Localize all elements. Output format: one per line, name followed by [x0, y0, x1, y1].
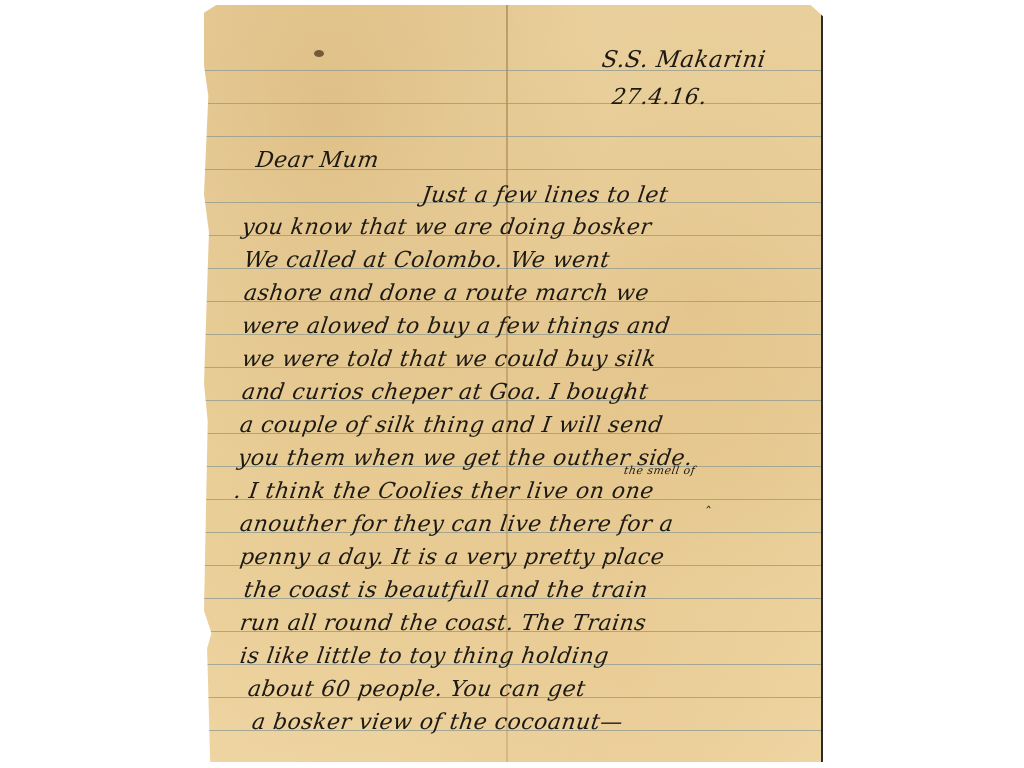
page-background: S.S. Makarini 27.4.16. Dear Mum Just a f… [0, 0, 1024, 768]
letter-line: and curios cheper at Goa. I bought [240, 380, 650, 405]
letter-line: is like little to toy thing holding [238, 644, 610, 669]
letter-date: 27.4.16. [610, 85, 708, 110]
letter-line: We called at Colombo. We went [242, 248, 611, 273]
inserted-text: the smell of [623, 464, 696, 477]
salutation: Dear Mum [254, 148, 380, 173]
letter-line: a couple of silk thing and I will send [238, 413, 664, 438]
letter-line: anouther for they can live there for a [238, 512, 675, 537]
letter-line: a bosker view of the cocoanut— [250, 710, 624, 735]
letter-paper: S.S. Makarini 27.4.16. Dear Mum Just a f… [204, 5, 823, 762]
ship-name: S.S. Makarini [600, 47, 767, 73]
letter-line: we were told that we could buy silk [240, 347, 657, 372]
insertion-caret: ‸ [706, 493, 713, 509]
letter-line: the coast is beautfull and the train [242, 578, 649, 603]
letter-line: you know that we are doing bosker [240, 215, 653, 240]
letter-line: run all round the coast. The Trains [238, 611, 648, 636]
letter-line: ashore and done a route march we [242, 281, 650, 306]
letter-line: Just a few lines to let [420, 183, 670, 208]
letter-line: about 60 people. You can get [246, 677, 587, 702]
ruled-line [204, 136, 821, 137]
letter-line: penny a day. It is a very pretty place [238, 545, 666, 570]
ink-blot [314, 50, 324, 57]
ruled-line [204, 103, 821, 104]
letter-line: . I think the Coolies ther live on one [232, 479, 655, 504]
letter-line: were alowed to buy a few things and [240, 314, 672, 339]
